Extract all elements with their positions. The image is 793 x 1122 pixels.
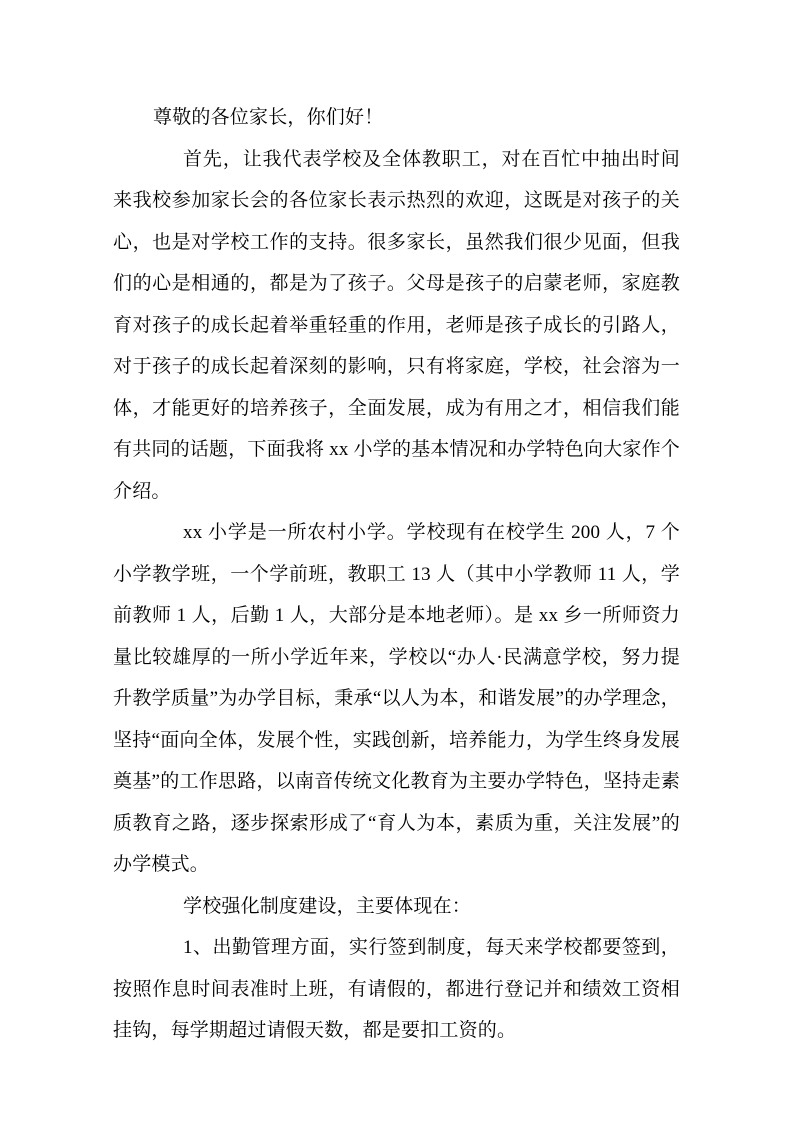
paragraph-welcome: 首先，让我代表学校及全体教职工，对在百忙中抽出时间来我校参加家长会的各位家长表示… <box>113 139 680 513</box>
document-page: 尊敬的各位家长，你们好！ 首先，让我代表学校及全体教职工，对在百忙中抽出时间来我… <box>0 0 793 1122</box>
paragraph-attendance-policy: 1、出勤管理方面，实行签到制度，每天来学校都要签到，按照作息时间表准时上班，有请… <box>113 927 680 1052</box>
paragraph-system-heading: 学校强化制度建设，主要体现在： <box>113 886 680 928</box>
paragraph-school-intro: xx 小学是一所农村小学。学校现有在校学生 200 人，7 个小学教学班，一个学… <box>113 512 680 886</box>
paragraph-greeting: 尊敬的各位家长，你们好！ <box>113 97 680 139</box>
